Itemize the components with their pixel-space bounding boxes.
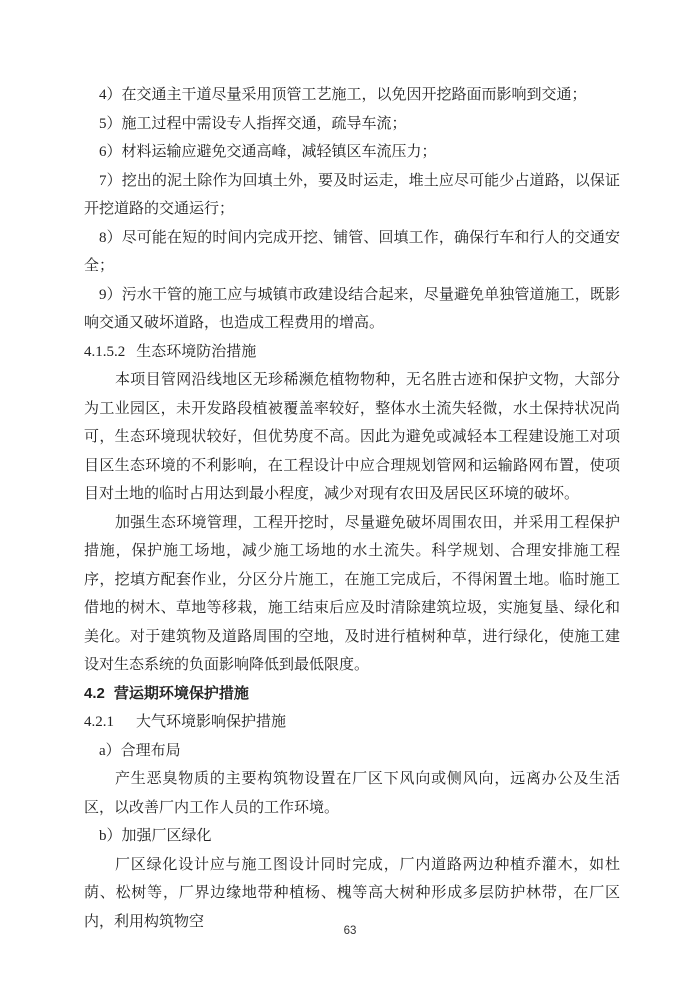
heading-title: 营运期环境保护措施 xyxy=(114,685,249,702)
document-page: 4）在交通主干道尽量采用顶管工艺施工，以免因开挖路面而影响到交通；5）施工过程中… xyxy=(0,0,700,989)
list-item-7: 7）挖出的泥土除作为回填土外，要及时运走，堆土应尽可能少占道路，以保证开挖道路的… xyxy=(84,167,620,224)
para-ecology-management: 加强生态环境管理，工程开挖时，尽量避免破坏周围农田，并采用工程保护措施，保护施工… xyxy=(84,509,620,680)
para-layout: 产生恶臭物质的主要构筑物设置在厂区下风向或侧风向，远离办公及生活区，以改善厂内工… xyxy=(84,765,620,822)
heading-4-2-1: 4.2.1大气环境影响保护措施 xyxy=(84,708,620,737)
heading-4-2: 4.2营运期环境保护措施 xyxy=(84,680,620,709)
heading-title: 大气环境影响保护措施 xyxy=(136,714,286,730)
list-item-4: 4）在交通主干道尽量采用顶管工艺施工，以免因开挖路面而影响到交通； xyxy=(84,81,620,110)
list-item-8: 8）尽可能在短的时间内完成开挖、铺管、回填工作，确保行车和行人的交通安全； xyxy=(84,224,620,281)
list-item-b: b）加强厂区绿化 xyxy=(84,822,620,851)
para-greening: 厂区绿化设计应与施工图设计同时完成，厂内道路两边种植乔灌木，如杜荫、松树等，厂界… xyxy=(84,851,620,937)
page-footer: 63 xyxy=(0,925,700,937)
heading-number: 4.2 xyxy=(84,685,105,702)
page-number: 63 xyxy=(344,925,357,937)
heading-number: 4.1.5.2 xyxy=(84,344,125,360)
heading-4-1-5-2: 4.1.5.2生态环境防治措施 xyxy=(84,338,620,367)
heading-number: 4.2.1 xyxy=(84,714,114,730)
heading-title: 生态环境防治措施 xyxy=(136,344,256,360)
list-item-6: 6）材料运输应避免交通高峰，减轻镇区车流压力； xyxy=(84,138,620,167)
para-ecology-status: 本项目管网沿线地区无珍稀濒危植物物种，无名胜古迹和保护文物，大部分为工业园区，未… xyxy=(84,366,620,509)
page-content: 4）在交通主干道尽量采用顶管工艺施工，以免因开挖路面而影响到交通；5）施工过程中… xyxy=(84,81,620,936)
list-item-5: 5）施工过程中需设专人指挥交通，疏导车流； xyxy=(84,110,620,139)
list-item-9: 9）污水干管的施工应与城镇市政建设结合起来，尽量避免单独管道施工，既影响交通又破… xyxy=(84,281,620,338)
list-item-a: a）合理布局 xyxy=(84,737,620,766)
